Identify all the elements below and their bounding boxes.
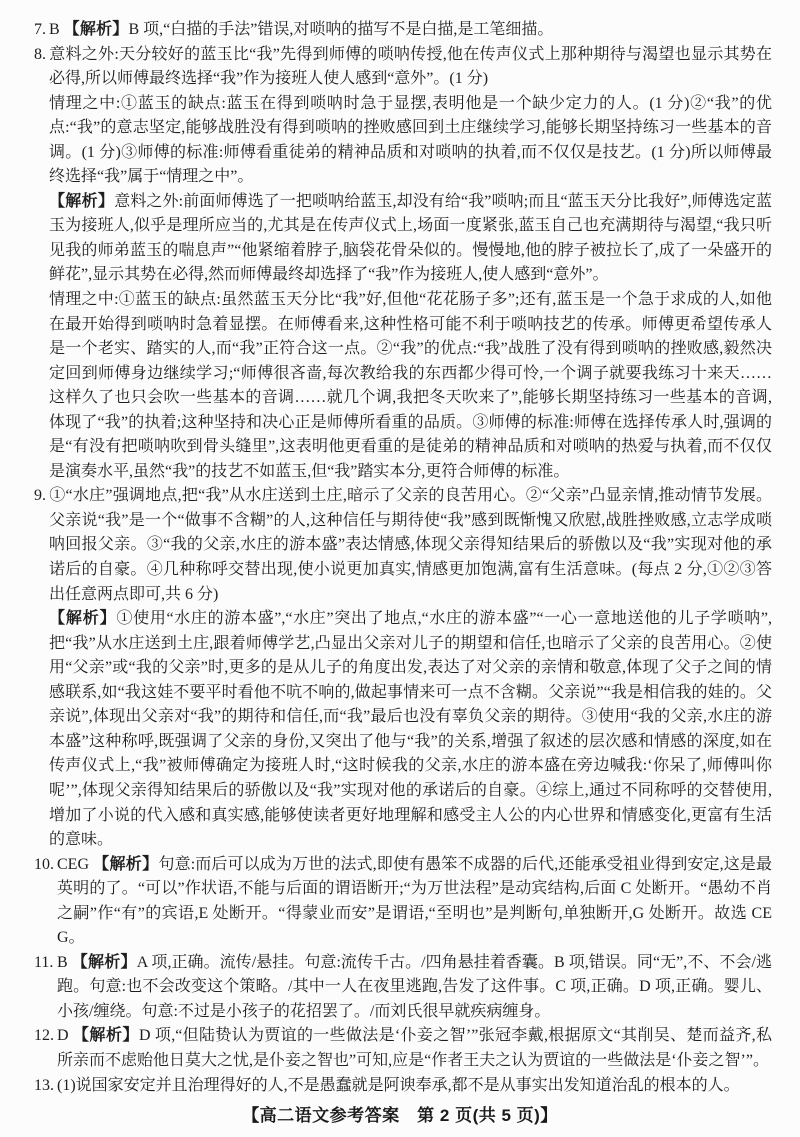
answer-paragraph-lead: 9.①“水庄”强调地点,把“我”从水庄送到土庄,暗示了父亲的良苦用心。②“父亲”…: [34, 484, 772, 607]
answer-paragraph: 【解析】意料之外:前面师傅选了一把唢呐给蓝玉,却没有给“我”唢呐;而且“蓝玉天分…: [34, 190, 772, 288]
answer-text: 句意:而后可以成为万世的法式,即使有愚笨不成器的后代,还能承受祖业得到安定,这是…: [57, 856, 772, 947]
answer-text: ①“水庄”强调地点,把“我”从水庄送到土庄,暗示了父亲的良苦用心。②“父亲”凸显…: [49, 487, 772, 602]
answer-text: D: [57, 1027, 73, 1044]
answer-text: B: [57, 954, 72, 971]
answer-text: CEG: [57, 856, 93, 873]
answer-number: 10.: [34, 853, 57, 878]
answer-paragraph-lead: 8.意料之外:天分较好的蓝玉比“我”先得到师傅的唢呐传授,他在传声仪式上那种期待…: [34, 43, 772, 92]
answer-paragraph: 情理之中:①蓝玉的缺点:虽然蓝玉天分比“我”好,但他“花花肠子多”;还有,蓝玉是…: [34, 288, 772, 484]
page-footer: 【高二语文参考答案 第 2 页(共 5 页)】: [0, 1101, 800, 1126]
answer-item-13: 13.(1)说国家安定并且治理得好的人,不是愚蠢就是阿谀奉承,都不是从事实出发知…: [34, 1074, 772, 1099]
answer-item-12: 12.D 【解析】D 项,“但陆贽认为贾谊的一些做法是‘仆妾之智’”张冠李戴,根…: [34, 1024, 772, 1073]
answer-paragraph: 【解析】①使用“水庄的游本盛”,“水庄”突出了地点,“水庄的游本盛”“一心一意地…: [34, 607, 772, 852]
answer-text: 情理之中:①蓝玉的缺点:蓝玉在得到唢呐时急于显摆,表明他是一个缺少定力的人。(1…: [49, 95, 772, 186]
analysis-label: 【解析】: [64, 21, 129, 38]
answer-text: 情理之中:①蓝玉的缺点:虽然蓝玉天分比“我”好,但他“花花肠子多”;还有,蓝玉是…: [49, 291, 772, 480]
answer-item-8: 8.意料之外:天分较好的蓝玉比“我”先得到师傅的唢呐传授,他在传声仪式上那种期待…: [34, 43, 772, 485]
answers-list: 7.B 【解析】B 项,“白描的手法”错误,对唢呐的描写不是白描,是工笔细描。8…: [34, 18, 772, 1098]
answer-paragraph-lead: 10.CEG 【解析】句意:而后可以成为万世的法式,即使有愚笨不成器的后代,还能…: [34, 853, 772, 951]
answer-paragraph: 情理之中:①蓝玉的缺点:蓝玉在得到唢呐时急于显摆,表明他是一个缺少定力的人。(1…: [34, 92, 772, 190]
analysis-label: 【解析】: [73, 1027, 139, 1044]
answer-item-10: 10.CEG 【解析】句意:而后可以成为万世的法式,即使有愚笨不成器的后代,还能…: [34, 853, 772, 951]
answer-text: B 项,“白描的手法”错误,对唢呐的描写不是白描,是工笔细描。: [128, 21, 553, 38]
answer-text: ①使用“水庄的游本盛”,“水庄”突出了地点,“水庄的游本盛”“一心一意地送他的儿…: [49, 610, 772, 848]
answer-paragraph-lead: 11.B 【解析】A 项,正确。流传/悬挂。句意:流传千古。/四角悬挂着香囊。B…: [34, 951, 772, 1025]
answer-paragraph-lead: 13.(1)说国家安定并且治理得好的人,不是愚蠢就是阿谀奉承,都不是从事实出发知…: [34, 1074, 772, 1099]
answer-number: 11.: [34, 951, 57, 976]
analysis-label: 【解析】: [72, 954, 137, 971]
answer-number: 9.: [34, 484, 49, 509]
answer-paragraph-lead: 12.D 【解析】D 项,“但陆贽认为贾谊的一些做法是‘仆妾之智’”张冠李戴,根…: [34, 1024, 772, 1073]
answer-text: 意料之外:天分较好的蓝玉比“我”先得到师傅的唢呐传授,他在传声仪式上那种期待与渴…: [49, 46, 772, 88]
answer-number: 8.: [34, 43, 49, 68]
document-page: { "page": { "background": "#fcfcfc", "te…: [0, 0, 800, 1137]
answer-item-11: 11.B 【解析】A 项,正确。流传/悬挂。句意:流传千古。/四角悬挂着香囊。B…: [34, 951, 772, 1025]
answer-number: 13.: [34, 1074, 57, 1099]
answer-text: 意料之外:前面师傅选了一把唢呐给蓝玉,却没有给“我”唢呐;而且“蓝玉天分比我好”…: [49, 193, 772, 284]
answer-item-9: 9.①“水庄”强调地点,把“我”从水庄送到土庄,暗示了父亲的良苦用心。②“父亲”…: [34, 484, 772, 852]
analysis-label: 【解析】: [49, 610, 116, 627]
answer-text: (1)说国家安定并且治理得好的人,不是愚蠢就是阿谀奉承,都不是从事实出发知道治乱…: [57, 1077, 740, 1094]
answer-item-7: 7.B 【解析】B 项,“白描的手法”错误,对唢呐的描写不是白描,是工笔细描。: [34, 18, 772, 43]
answer-number: 7.: [34, 18, 49, 43]
answer-number: 12.: [34, 1024, 57, 1049]
analysis-label: 【解析】: [93, 856, 158, 873]
page-footer-text: 【高二语文参考答案 第 2 页(共 5 页)】: [242, 1106, 558, 1125]
answer-text: B: [49, 21, 64, 38]
answer-paragraph-lead: 7.B 【解析】B 项,“白描的手法”错误,对唢呐的描写不是白描,是工笔细描。: [34, 18, 772, 43]
answer-text: A 项,正确。流传/悬挂。句意:流传千古。/四角悬挂着香囊。B 项,错误。同“无…: [57, 954, 772, 1020]
analysis-label: 【解析】: [49, 193, 114, 210]
answer-text: D 项,“但陆贽认为贾谊的一些做法是‘仆妾之智’”张冠李戴,根据原文“其削吴、楚…: [57, 1027, 772, 1069]
